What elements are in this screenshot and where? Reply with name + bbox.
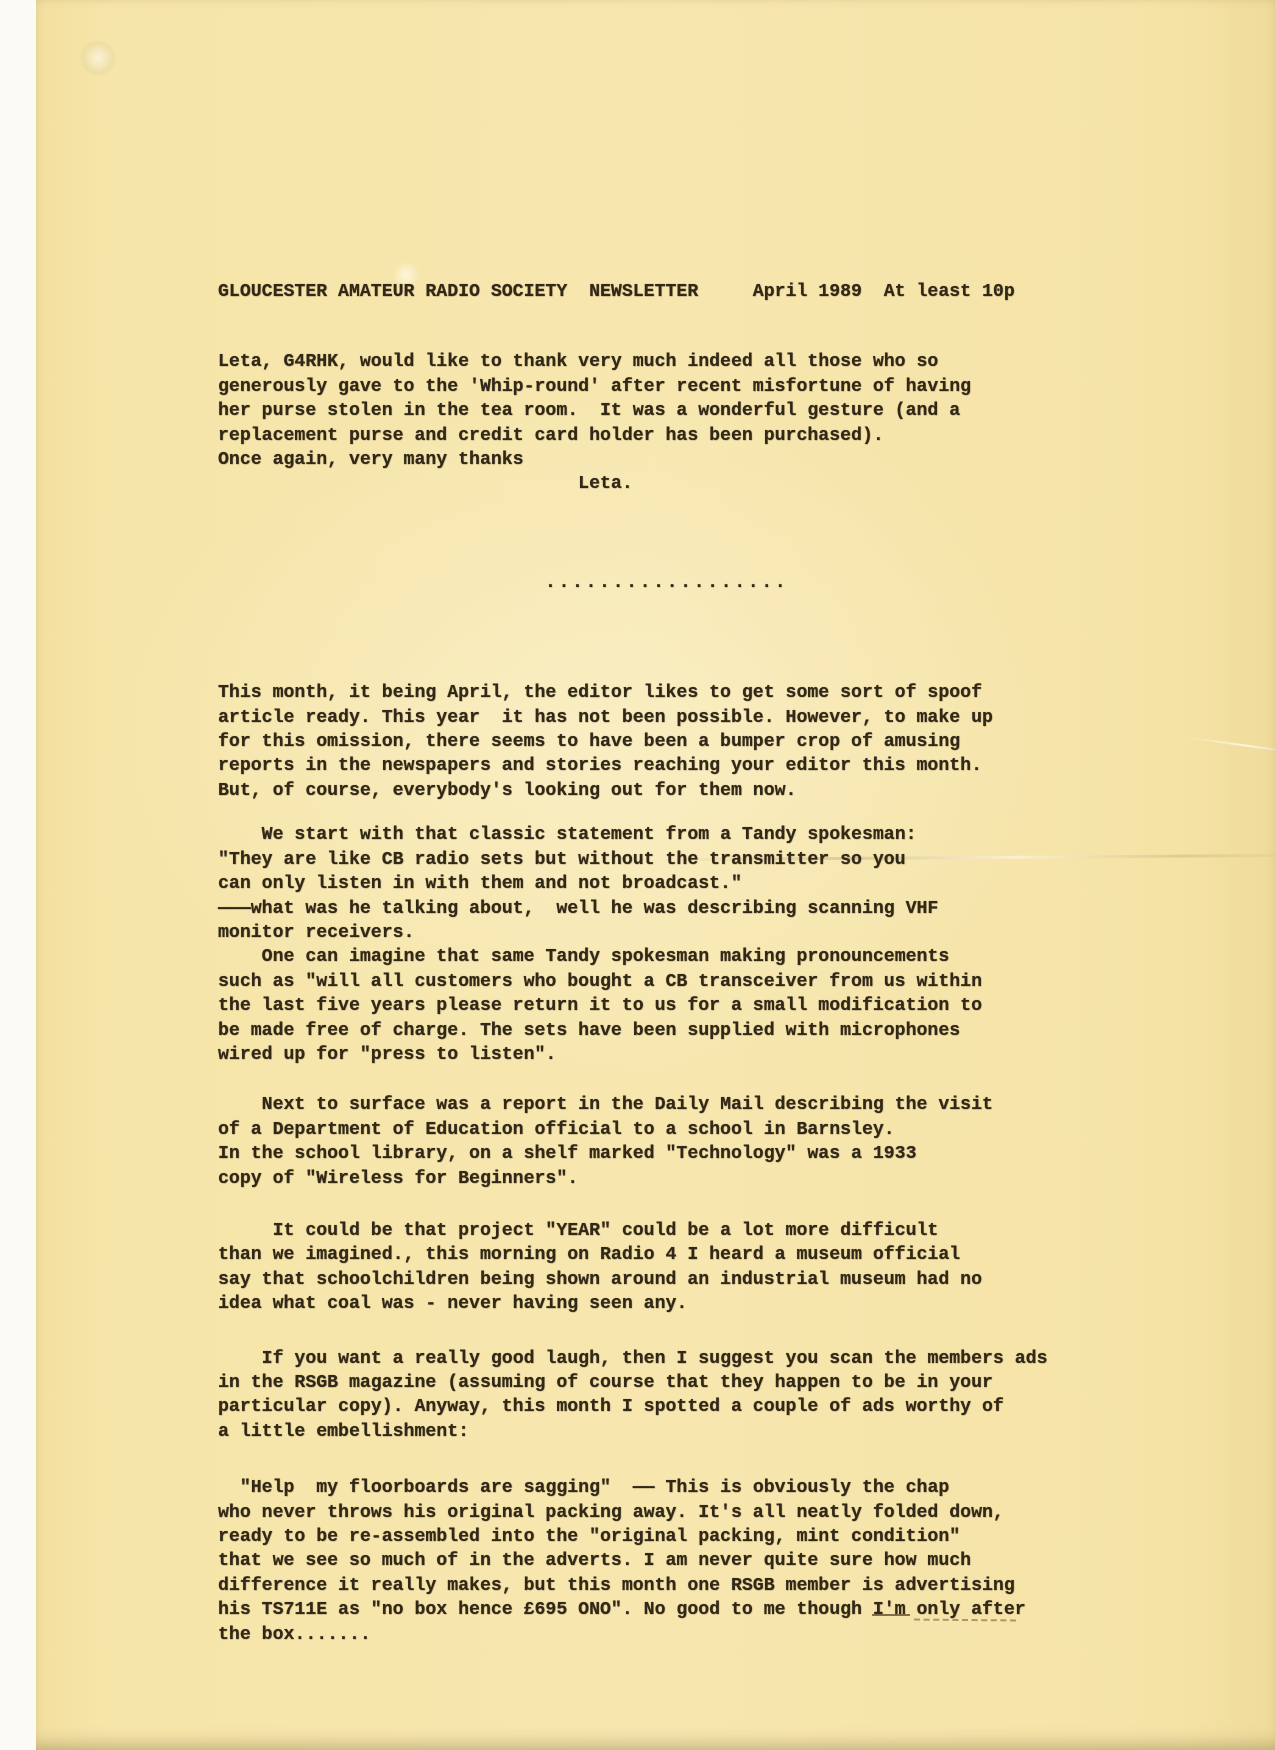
paragraph-project-year: It could be that project "YEAR" could be…	[218, 1219, 1118, 1317]
dotted-separator: ..................	[545, 571, 1118, 595]
paragraph-rsgb-ads: If you want a really good laugh, then I …	[218, 1347, 1118, 1445]
pencil-underline	[872, 1614, 910, 1616]
scanned-newsletter-page: GLOUCESTER AMATEUR RADIO SOCIETY NEWSLET…	[0, 0, 1275, 1750]
paragraph-floorboards-ad: "Help my floorboards are sagging" —— Thi…	[218, 1476, 1118, 1647]
newsletter-body: GLOUCESTER AMATEUR RADIO SOCIETY NEWSLET…	[218, 280, 1118, 1647]
paragraph-daily-mail-report: Next to surface was a report in the Dail…	[218, 1093, 1118, 1191]
paper-fold-mark	[1186, 736, 1275, 755]
paragraph-editor-intro: This month, it being April, the editor l…	[218, 681, 1118, 803]
paragraph-tandy-spokesman: We start with that classic statement fro…	[218, 823, 1118, 1067]
paragraph-thanks-leta: Leta, G4RHK, would like to thank very mu…	[218, 350, 1118, 496]
newsletter-header: GLOUCESTER AMATEUR RADIO SOCIETY NEWSLET…	[218, 280, 1118, 304]
